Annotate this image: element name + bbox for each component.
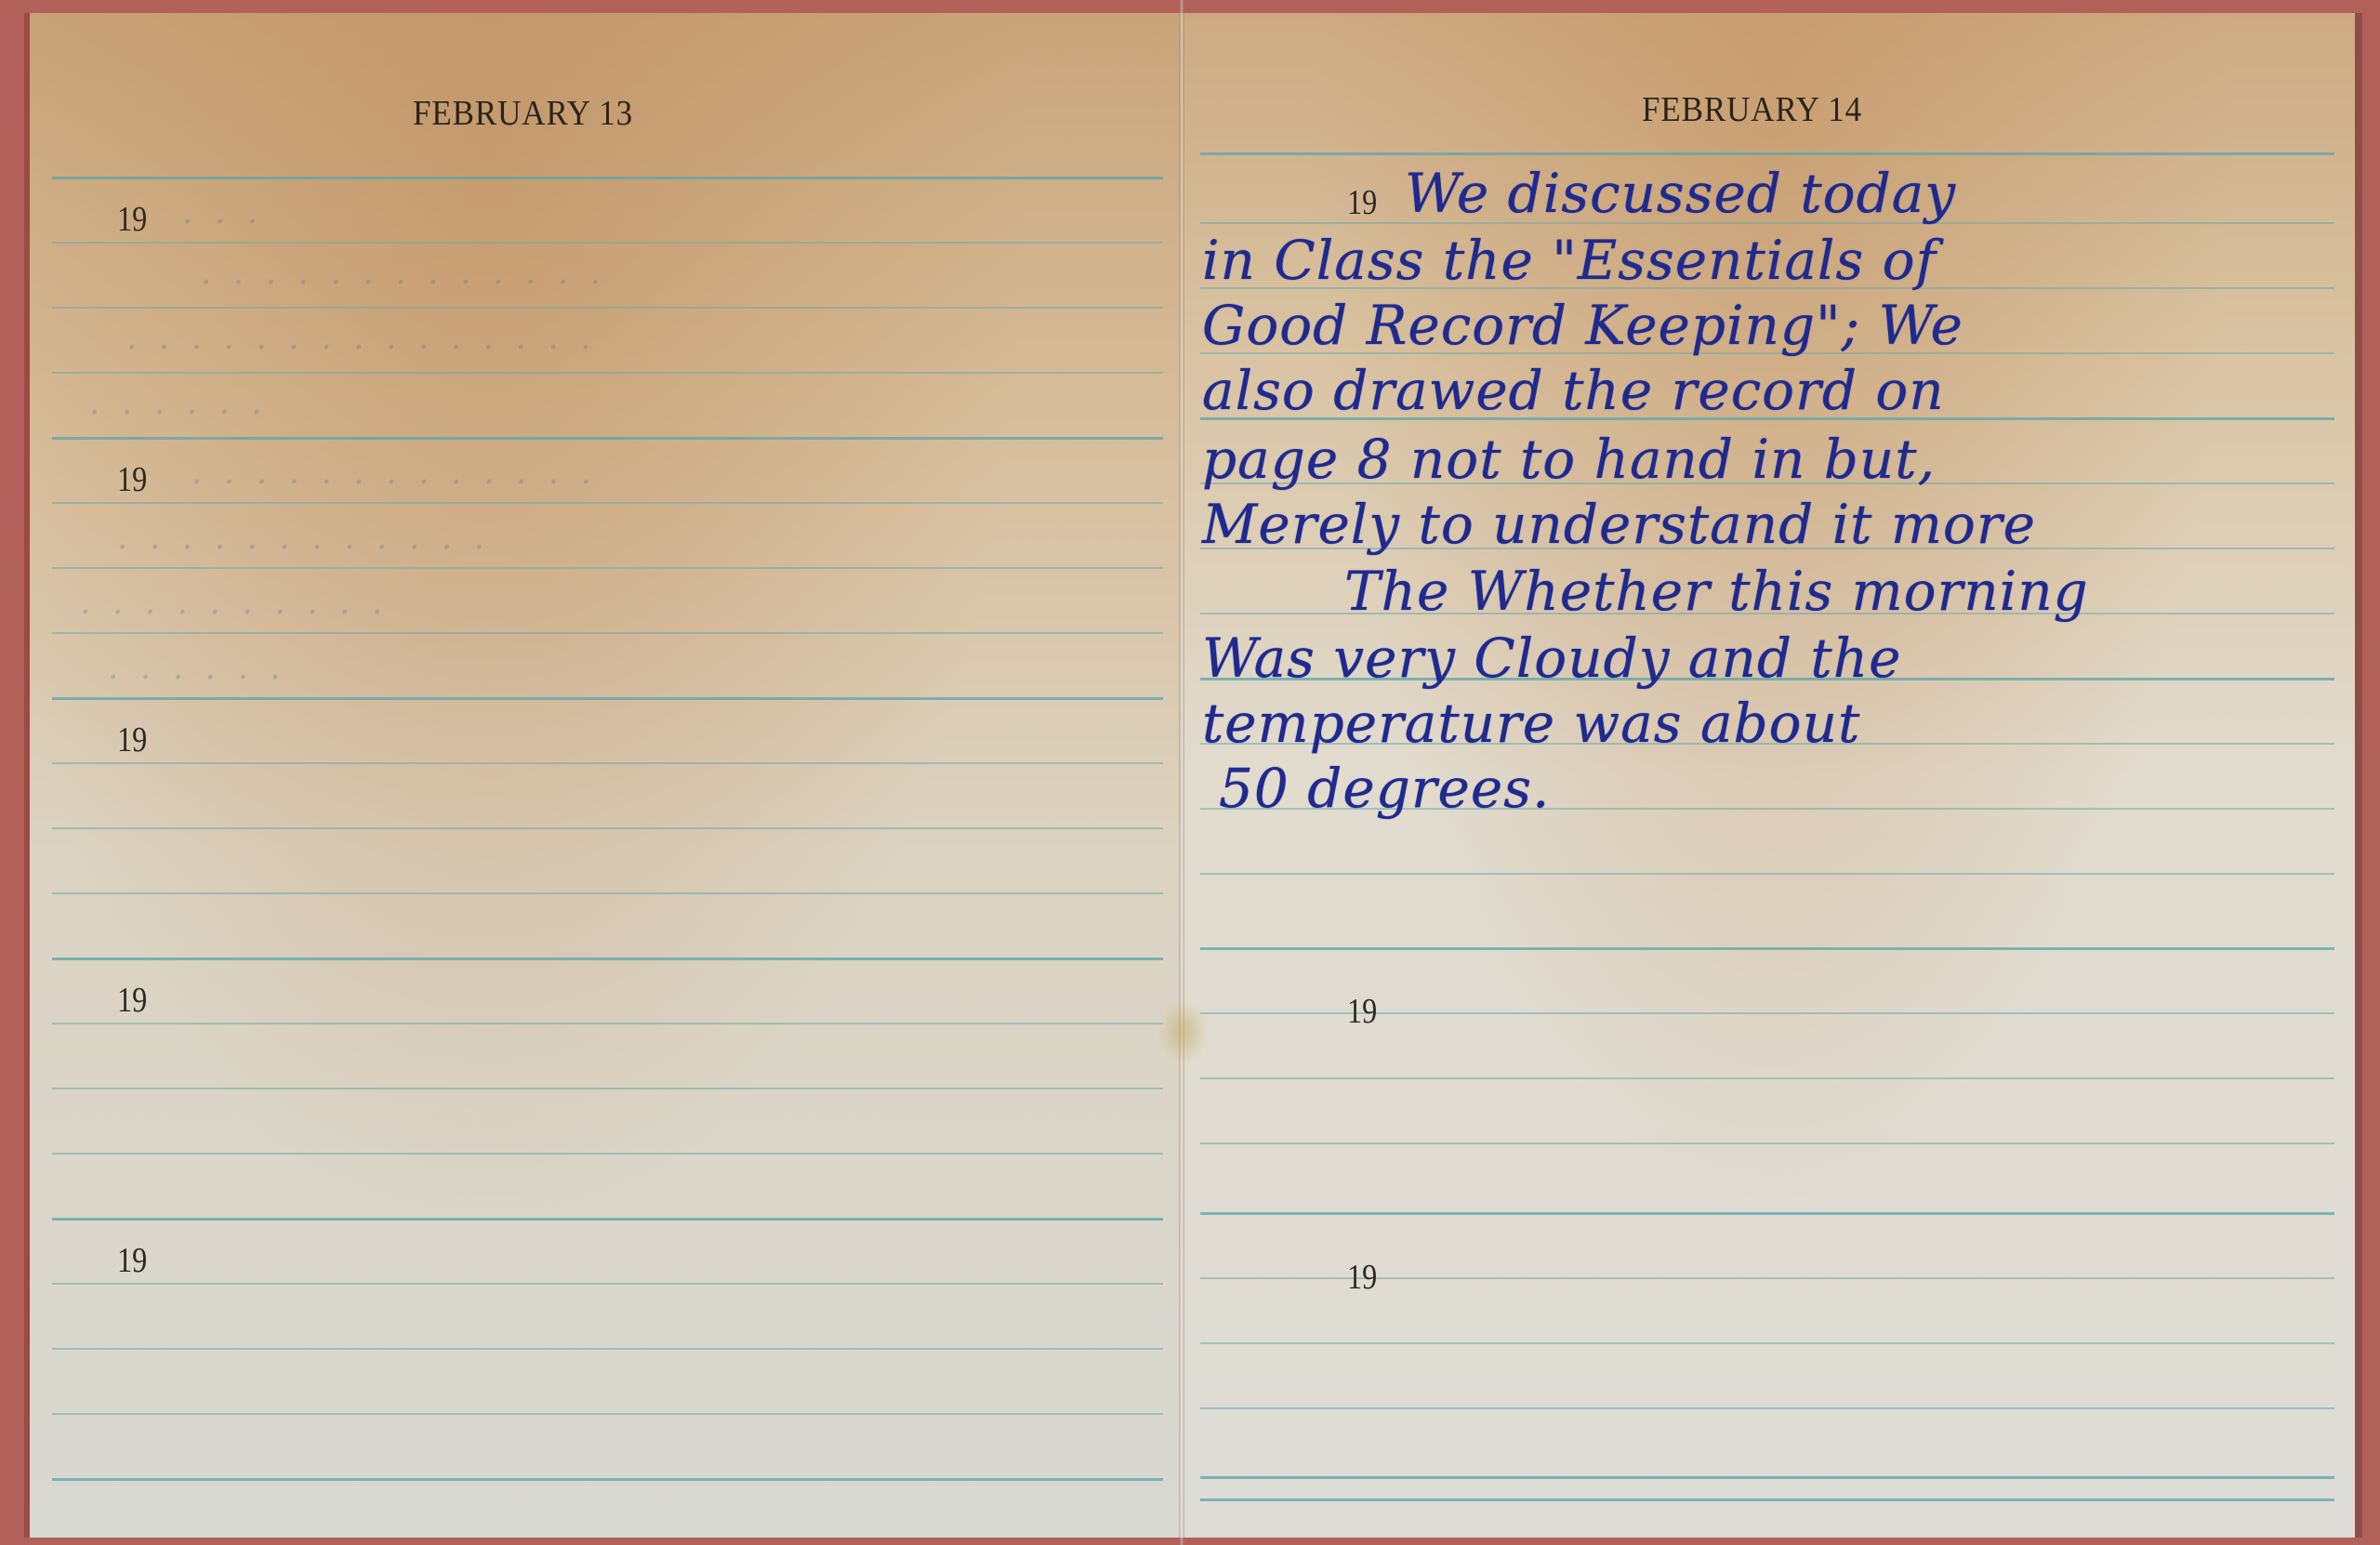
handwritten-line: temperature was about: [1202, 692, 1860, 755]
ruled-line: [52, 1348, 1163, 1350]
ruled-line: [1200, 1407, 2334, 1409]
year-marker: 19: [117, 1240, 147, 1281]
faint-writing: · · · · · · · · · · · · ·: [201, 264, 606, 302]
ruled-line: [1200, 1142, 2334, 1144]
year-marker: 19: [117, 459, 147, 500]
handwritten-line: in Class the "Essentials of: [1202, 229, 1937, 292]
year-marker: 19: [117, 980, 147, 1021]
year-marker: 19: [117, 199, 147, 240]
ruled-line: [52, 697, 1163, 700]
ruled-line: [52, 1023, 1163, 1024]
faint-writing: · · · · · · · · · · · ·: [117, 529, 490, 567]
spine-stain: [1157, 999, 1209, 1064]
ruled-line: [52, 1088, 1163, 1089]
ruled-line: [52, 1218, 1163, 1221]
ruled-line: [52, 827, 1163, 829]
ruled-line: [52, 1283, 1163, 1285]
ruled-line: [52, 567, 1163, 569]
faint-writing: · · · · · ·: [108, 659, 286, 697]
handwritten-line: page 8 not to hand in but,: [1202, 428, 1936, 491]
book-spine: [1179, 0, 1184, 1545]
handwritten-line: The Whether this morning: [1344, 560, 2089, 623]
ruled-line: [52, 892, 1163, 894]
handwritten-line: 50 degrees.: [1219, 757, 1550, 820]
ruled-line: [1200, 152, 2334, 155]
ruled-line: [1200, 873, 2334, 875]
ruled-line: [52, 1478, 1163, 1481]
left-page: FEBRUARY 13 19 19 19 19 19 · · · · · · ·…: [24, 13, 1182, 1538]
handwritten-line: We discussed today: [1405, 162, 1956, 225]
faint-writing: · · · · · ·: [89, 394, 268, 432]
ruled-line: [52, 1413, 1163, 1415]
date-header-feb-13: FEBRUARY 13: [413, 93, 633, 134]
ruled-line: [52, 177, 1163, 179]
ruled-line: [1200, 947, 2334, 950]
ruled-line: [1200, 1077, 2334, 1079]
date-header-feb-14: FEBRUARY 14: [1642, 89, 1862, 130]
faint-writing: · · · · · · · · · · · · · · ·: [126, 329, 597, 367]
handwritten-line: also drawed the record on: [1202, 359, 1945, 422]
year-marker: 19: [1347, 182, 1377, 223]
ruled-line: [52, 502, 1163, 504]
ruled-line: [52, 372, 1163, 374]
ruled-line: [52, 762, 1163, 764]
ruled-line: [1200, 1499, 2334, 1501]
ruled-line: [52, 437, 1163, 440]
ruled-line: [52, 1153, 1163, 1155]
year-marker: 19: [1347, 1257, 1377, 1298]
faint-writing: · · · · · · · · · ·: [80, 594, 388, 632]
faint-writing: · · · · · · · · · · · · ·: [192, 464, 597, 502]
ruled-line: [52, 242, 1163, 244]
handwritten-line: Merely to understand it more: [1202, 493, 2036, 556]
ruled-line: [1200, 1476, 2334, 1479]
ruled-line: [52, 632, 1163, 634]
faint-writing: · · ·: [182, 204, 263, 242]
year-marker: 19: [1347, 991, 1377, 1032]
ruled-line: [1200, 1212, 2334, 1215]
year-marker: 19: [117, 720, 147, 760]
ruled-line: [52, 307, 1163, 309]
ruled-line: [52, 957, 1163, 960]
right-page: FEBRUARY 14 19 19 19 We discussed today …: [1182, 13, 2362, 1538]
ruled-line: [1200, 1342, 2334, 1344]
handwritten-line: Good Record Keeping"; We: [1202, 294, 1963, 357]
handwritten-line: Was very Cloudy and the: [1202, 627, 1901, 690]
